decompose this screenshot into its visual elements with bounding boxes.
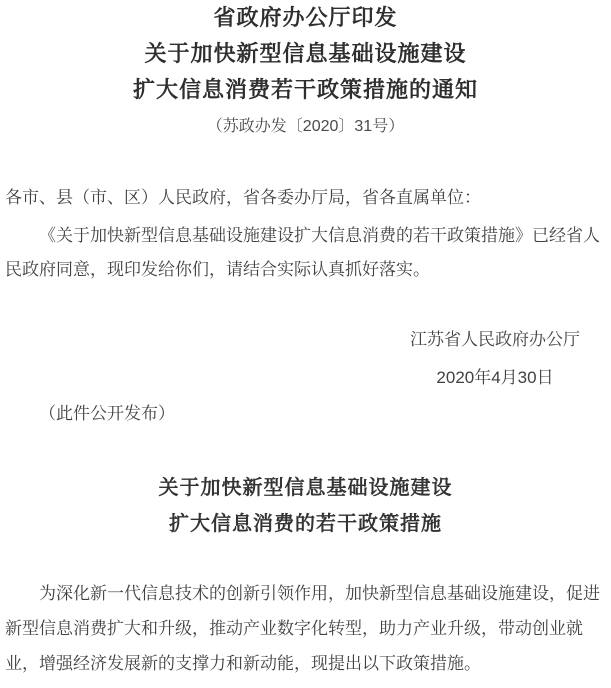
intro-line-2: 新型信息消费扩大和升级，推动产业数字化转型，助力产业升级，带动创业就 — [5, 611, 606, 646]
notice-title: 省政府办公厅印发 关于加快新型信息基础设施建设 扩大信息消费若干政策措施的通知 — [5, 0, 606, 108]
signature-date: 2020年4月30日 — [410, 359, 580, 397]
public-release-note: （此件公开发布） — [5, 397, 606, 431]
notice-title-line-1: 省政府办公厅印发 — [5, 0, 606, 36]
document-page: 省政府办公厅印发 关于加快新型信息基础设施建设 扩大信息消费若干政策措施的通知 … — [0, 0, 611, 681]
notice-body-line-1: 《关于加快新型信息基础设施建设扩大信息消费的若干政策措施》已经省人 — [5, 219, 606, 253]
attachment-title: 关于加快新型信息基础设施建设 扩大信息消费的若干政策措施 — [5, 470, 606, 542]
salutation: 各市、县（市、区）人民政府，省各委办厅局，省各直属单位： — [5, 181, 606, 215]
signature-organization: 江苏省人民政府办公厅 — [410, 321, 580, 359]
notice-body-paragraph: 《关于加快新型信息基础设施建设扩大信息消费的若干政策措施》已经省人 民政府同意，… — [5, 219, 606, 287]
attachment-intro-paragraph: 为深化新一代信息技术的创新引领作用，加快新型信息基础设施建设，促进 新型信息消费… — [5, 576, 606, 681]
signature-block: 江苏省人民政府办公厅 2020年4月30日 — [5, 321, 606, 397]
attachment-title-line-1: 关于加快新型信息基础设施建设 — [5, 470, 606, 506]
document-number: （苏政办发〔2020〕31号） — [5, 117, 606, 137]
intro-line-1: 为深化新一代信息技术的创新引领作用，加快新型信息基础设施建设，促进 — [5, 576, 606, 611]
attachment-title-line-2: 扩大信息消费的若干政策措施 — [5, 506, 606, 542]
notice-body-line-2: 民政府同意，现印发给你们，请结合实际认真抓好落实。 — [5, 253, 606, 287]
intro-line-3: 业，增强经济发展新的支撑力和新动能，现提出以下政策措施。 — [5, 646, 606, 681]
signature-inner: 江苏省人民政府办公厅 2020年4月30日 — [410, 321, 580, 397]
notice-title-line-2: 关于加快新型信息基础设施建设 — [5, 36, 606, 72]
notice-title-line-3: 扩大信息消费若干政策措施的通知 — [5, 72, 606, 108]
